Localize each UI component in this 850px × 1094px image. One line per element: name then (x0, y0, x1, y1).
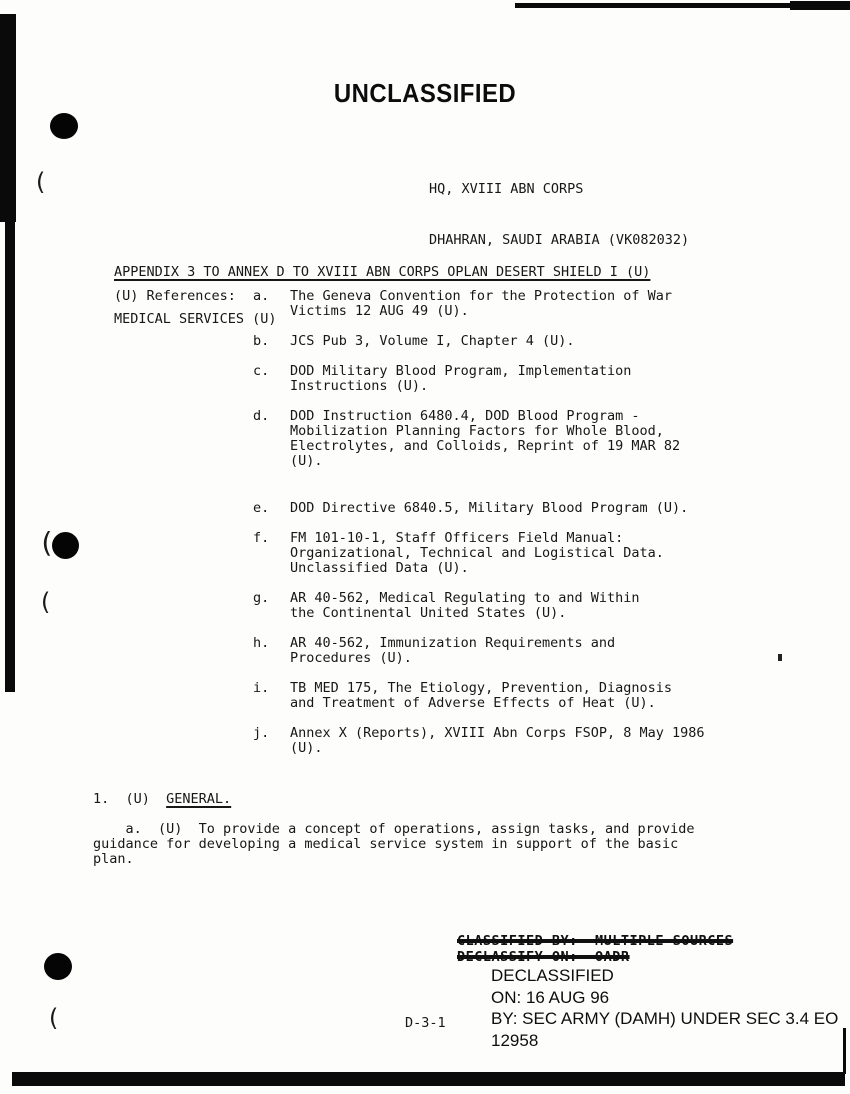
classified-by-line: CLASSIFIED BY: MULTIPLE SOURCES (457, 933, 733, 949)
references-list: a. The Geneva Convention for the Protect… (253, 289, 705, 771)
section-heading-title: GENERAL. (166, 791, 231, 807)
reference-item: b. JCS Pub 3, Volume I, Chapter 4 (U). (253, 334, 705, 349)
stray-paren-mark: ( (38, 588, 52, 616)
appendix-title-line: APPENDIX 3 TO ANNEX D TO XVIII ABN CORPS… (114, 265, 650, 281)
declassified-eo-number: 12958 (491, 1030, 838, 1052)
stray-paren-mark: ( (38, 526, 55, 559)
punch-hole-mark (52, 532, 79, 559)
scan-edge-right-line (843, 1028, 846, 1074)
scan-edge-left-bar (0, 14, 16, 222)
scan-edge-top-line (790, 1, 850, 10)
struck-classification-stamp: CLASSIFIED BY: MULTIPLE SOURCES DECLASSI… (457, 933, 733, 965)
reference-item: e. DOD Directive 6840.5, Military Blood … (253, 501, 705, 516)
reference-item: g. AR 40-562, Medical Regulating to and … (253, 591, 705, 621)
reference-item: a. The Geneva Convention for the Protect… (253, 289, 705, 319)
stray-paren-mark: ( (33, 168, 47, 196)
scan-edge-left-bar (5, 220, 15, 692)
reference-item: i. TB MED 175, The Etiology, Prevention,… (253, 681, 705, 711)
classification-header: UNCLASSIFIED (34, 78, 816, 109)
reference-item: f. FM 101-10-1, Staff Officers Field Man… (253, 531, 705, 576)
scan-edge-bottom-bar (12, 1072, 845, 1086)
references-label: (U) References: (114, 289, 236, 304)
declassified-authority: BY: SEC ARMY (DAMH) UNDER SEC 3.4 EO (491, 1008, 838, 1030)
paragraph-a: a. (U) To provide a concept of operation… (93, 822, 694, 867)
reference-item: c. DOD Military Blood Program, Implement… (253, 364, 705, 394)
declassified-date: ON: 16 AUG 96 (491, 987, 838, 1009)
document-page: ( ( ( ( UNCLASSIFIED HQ, XVIII ABN CORPS… (0, 0, 850, 1094)
page-number: D-3-1 (405, 1016, 446, 1031)
reference-item: j. Annex X (Reports), XVIII Abn Corps FS… (253, 726, 705, 756)
reference-item: d. DOD Instruction 6480.4, DOD Blood Pro… (253, 409, 705, 469)
declassified-label: DECLASSIFIED (491, 965, 838, 987)
punch-hole-mark (50, 113, 78, 139)
declassify-on-line: DECLASSIFY ON: OADR (457, 949, 733, 965)
stray-paren-mark: ( (46, 1004, 60, 1032)
scan-speck (778, 654, 782, 661)
declassified-stamp: DECLASSIFIED ON: 16 AUG 96 BY: SEC ARMY … (491, 965, 838, 1051)
reference-item: h. AR 40-562, Immunization Requirements … (253, 636, 705, 666)
punch-hole-mark (44, 953, 72, 980)
section-heading: 1. (U) GENERAL. (93, 792, 231, 807)
letterhead-unit: HQ, XVIII ABN CORPS (429, 181, 689, 198)
